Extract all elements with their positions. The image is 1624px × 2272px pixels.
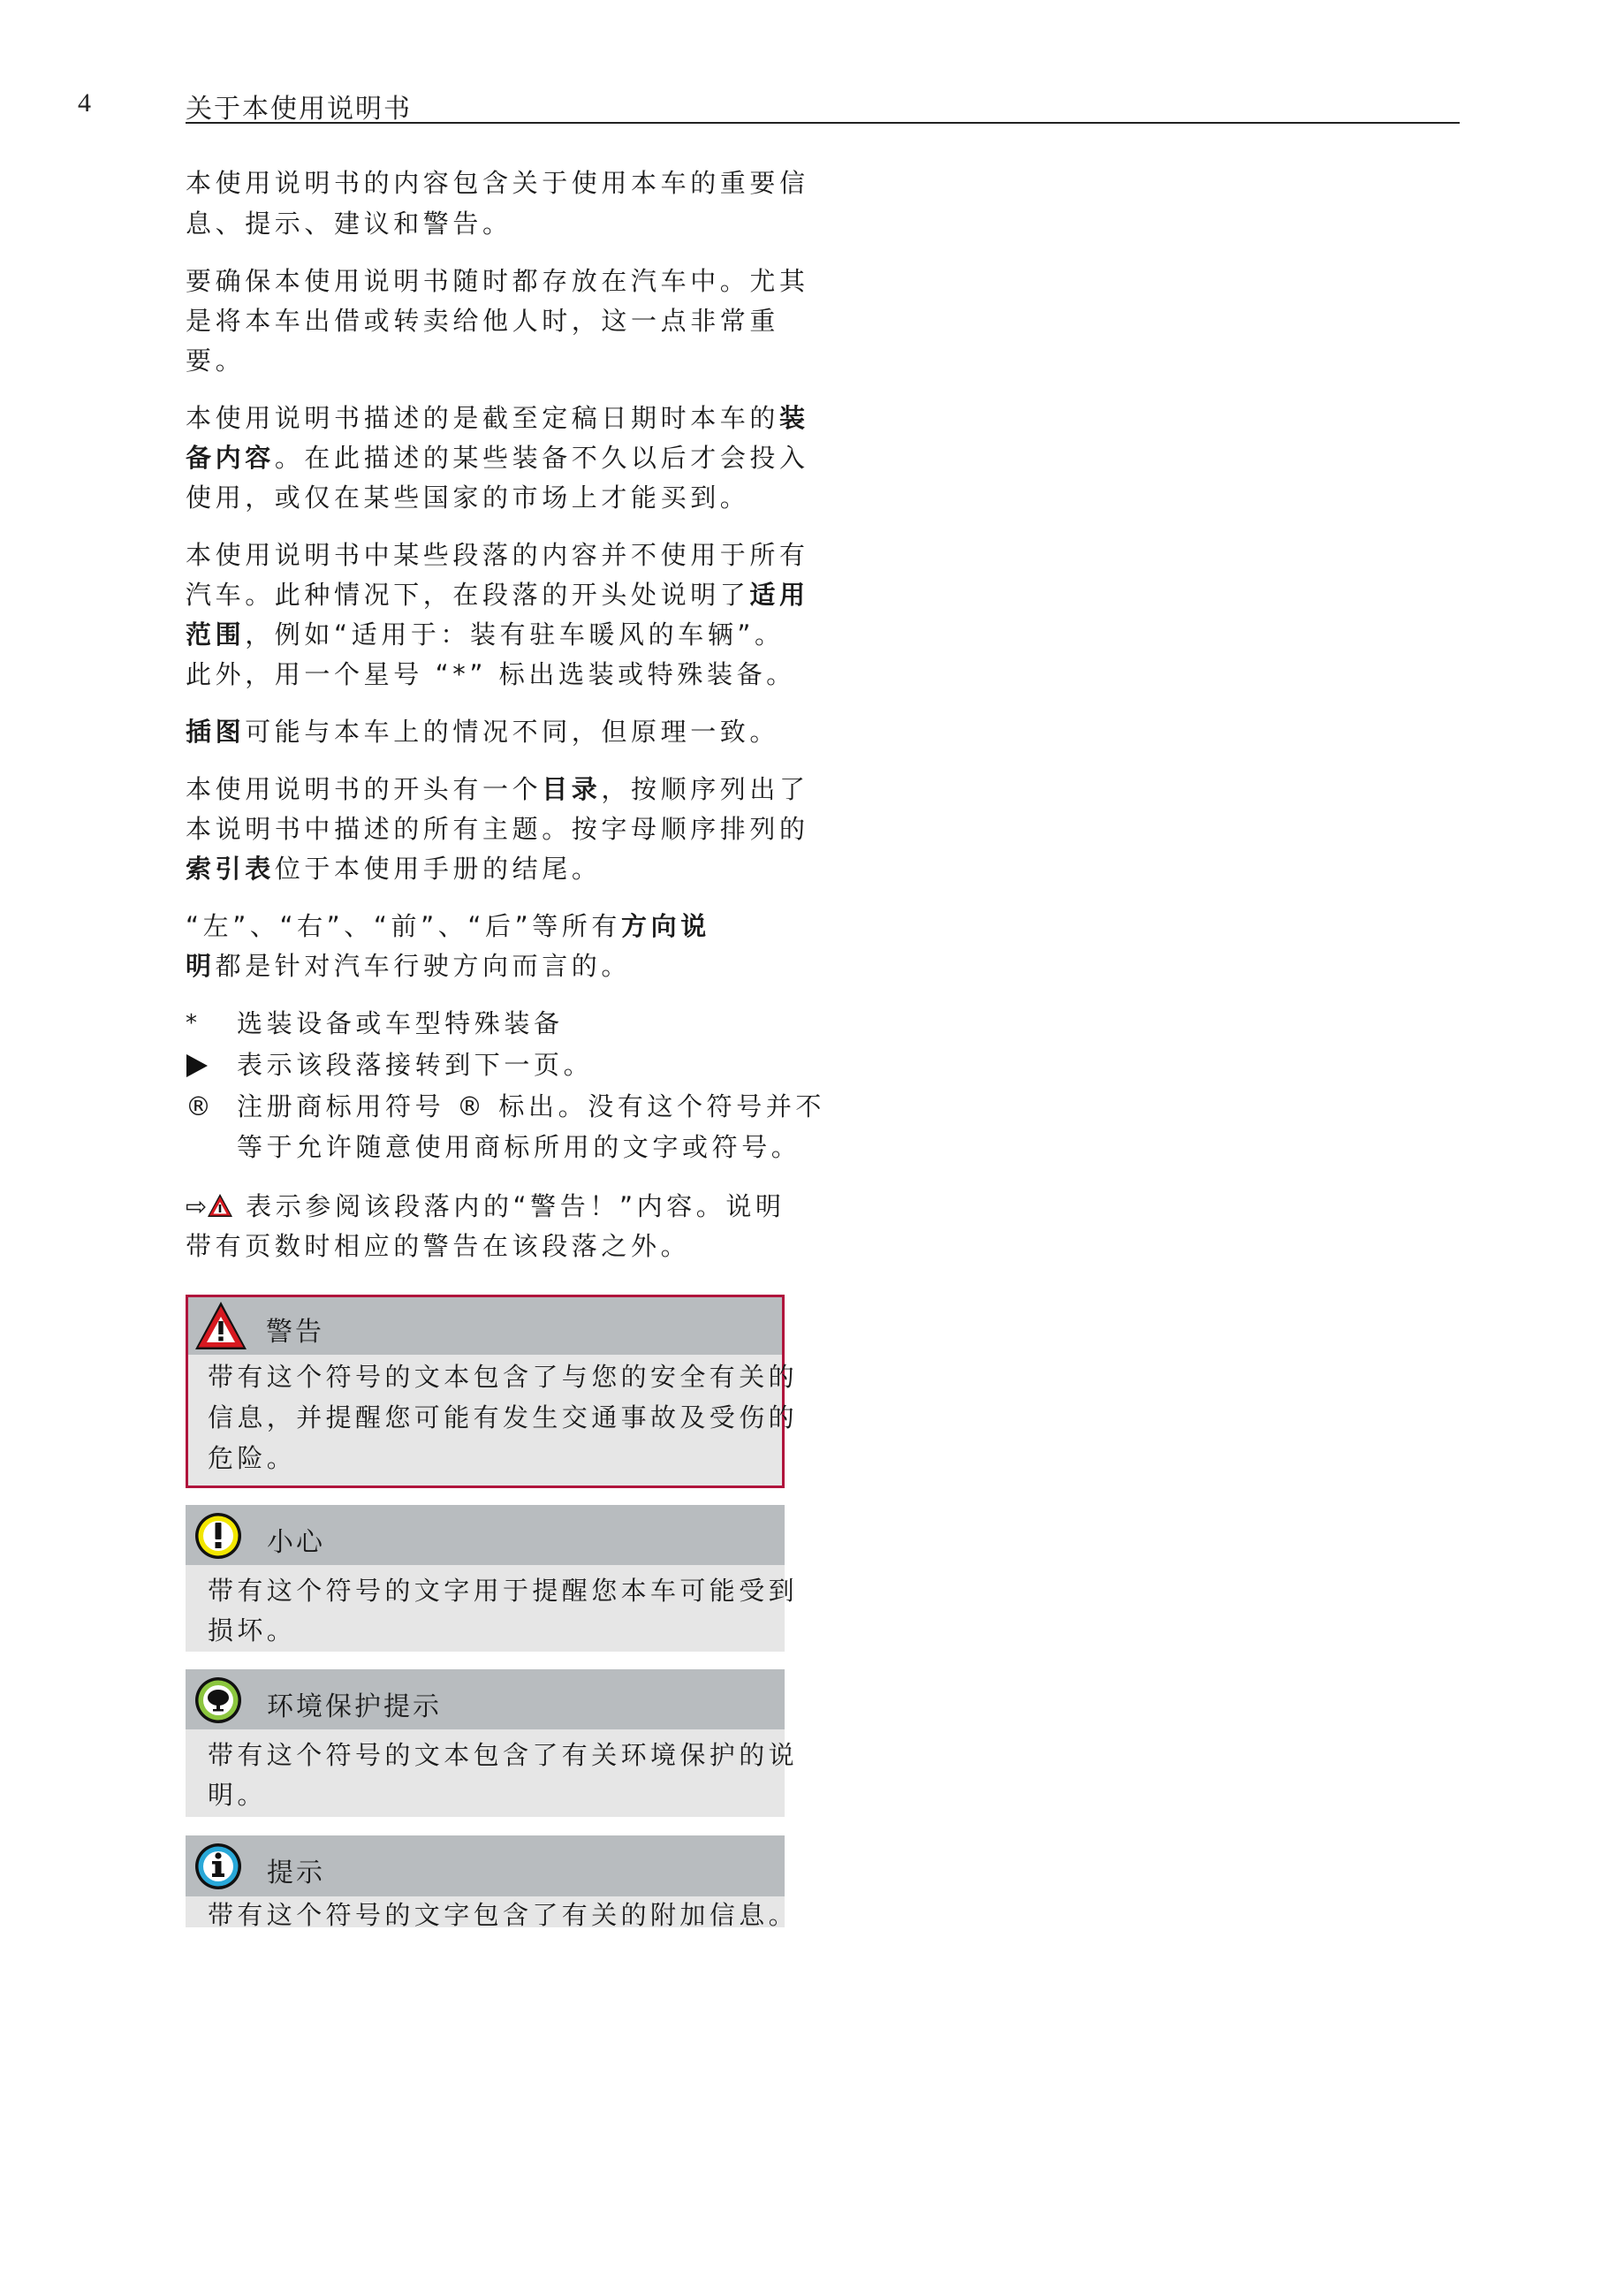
text-run: ，按顺序列出了 — [601, 774, 808, 804]
paragraph-line: 本使用说明书的内容包含关于使用本车的重要信 — [186, 165, 809, 201]
bold-term: 索引表 — [186, 854, 275, 884]
warning-triangle-icon — [207, 1191, 233, 1216]
text-run: 本使用说明书中某些段落的内容并不使用于所有 — [186, 540, 809, 570]
text-run: 要。 — [186, 346, 245, 376]
notice-text: 损坏。 — [208, 1613, 296, 1648]
notice-header: 提示 — [186, 1835, 785, 1896]
paragraph-line: 息、提示、建议和警告。 — [186, 206, 512, 241]
notice-header: 警告 — [188, 1297, 782, 1355]
paragraph-line: 本说明书中描述的所有主题。按字母顺序排列的 — [186, 811, 809, 847]
notice-header: 小心 — [186, 1505, 785, 1565]
notice-text: 带有这个符号的文字包含了有关的附加信息。 — [208, 1897, 798, 1933]
text-run: 本使用说明书描述的是截至定稿日期时本车的 — [186, 403, 779, 433]
caution-exclamation-icon — [194, 1511, 243, 1564]
caution-notice-box: 小心 带有这个符号的文字用于提醒您本车可能受到 损坏。 — [186, 1505, 785, 1652]
notice-title: 环境保护提示 — [267, 1684, 442, 1723]
bold-term: 方向说 — [621, 911, 710, 941]
paragraph-line: 汽车。此种情况下，在段落的开头处说明了适用 — [186, 577, 809, 612]
notice-text: 带有这个符号的文字用于提醒您本车可能受到 — [208, 1573, 798, 1608]
text-run: 此外，用一个星号 “*” 标出选装或特殊装备。 — [186, 659, 796, 689]
text-run: 。在此描述的某些装备不久以后才会投入 — [275, 443, 809, 473]
notice-title: 提示 — [267, 1850, 325, 1889]
warning-reference-line: ⇨ 表示参阅该段落内的“警告！”内容。说明 — [186, 1189, 785, 1224]
text-run: 可能与本车上的情况不同，但原理一致。 — [245, 717, 779, 747]
paragraph-line: 范围，例如“适用于：装有驻车暖风的车辆”。 — [186, 617, 785, 652]
text-run: “左”、“右”、“前”、“后”等所有 — [186, 911, 621, 941]
page-number: 4 — [78, 88, 91, 118]
warning-reference-text: 表示参阅该段落内的“警告！”内容。说明 — [246, 1191, 785, 1221]
bold-term: 备内容 — [186, 443, 275, 473]
header-divider — [186, 122, 1460, 124]
asterisk-icon: * — [186, 1006, 221, 1041]
notice-title: 警告 — [266, 1310, 324, 1349]
bold-term: 范围 — [186, 619, 245, 650]
notice-text: 带有这个符号的文本包含了与您的安全有关的 — [208, 1359, 798, 1394]
text-run: 本使用说明书的开头有一个 — [186, 774, 542, 804]
registered-icon: ® — [186, 1089, 221, 1124]
text-run: 汽车。此种情况下，在段落的开头处说明了 — [186, 580, 749, 610]
page-title: 关于本使用说明书 — [186, 87, 412, 125]
warning-triangle-icon — [194, 1300, 248, 1355]
notice-title: 小心 — [267, 1520, 325, 1559]
paragraph-line: “左”、“右”、“前”、“后”等所有方向说 — [186, 908, 710, 944]
notice-text: 明。 — [208, 1777, 267, 1812]
paragraph-line: 本使用说明书描述的是截至定稿日期时本车的装 — [186, 400, 809, 436]
bold-term: 适用 — [749, 580, 808, 610]
paragraph-line: 索引表位于本使用手册的结尾。 — [186, 851, 601, 886]
notice-text: 带有这个符号的文本包含了有关环境保护的说 — [208, 1737, 798, 1773]
notice-text: 危险。 — [208, 1440, 296, 1476]
text-run: 息、提示、建议和警告。 — [186, 209, 512, 239]
paragraph-line: 本使用说明书的开头有一个目录，按顺序列出了 — [186, 771, 809, 807]
paragraph-line: 本使用说明书中某些段落的内容并不使用于所有 — [186, 537, 809, 573]
arrow-right-icon: ⇨ — [186, 1191, 207, 1221]
list-item-text: 等于允许随意使用商标所用的文字或符号。 — [237, 1129, 801, 1165]
note-notice-box: 提示 带有这个符号的文字包含了有关的附加信息。 — [186, 1835, 785, 1927]
environment-notice-box: 环境保护提示 带有这个符号的文本包含了有关环境保护的说 明。 — [186, 1669, 785, 1817]
paragraph-line: 插图可能与本车上的情况不同，但原理一致。 — [186, 714, 779, 749]
paragraph-line: 是将本车出借或转卖给他人时，这一点非常重 — [186, 303, 779, 338]
text-run: 本使用说明书的内容包含关于使用本车的重要信 — [186, 168, 809, 198]
info-icon — [194, 1842, 243, 1895]
bold-term: 装 — [779, 403, 809, 433]
list-item-text: 表示该段落接转到下一页。 — [237, 1047, 593, 1083]
paragraph-line: 此外，用一个星号 “*” 标出选装或特殊装备。 — [186, 657, 796, 692]
list-item-text: 选装设备或车型特殊装备 — [237, 1006, 564, 1041]
text-run: 本说明书中描述的所有主题。按字母顺序排列的 — [186, 814, 809, 844]
bold-term: 插图 — [186, 717, 245, 747]
triangle-right-icon — [186, 1047, 221, 1083]
text-run: ，例如“适用于：装有驻车暖风的车辆”。 — [245, 619, 784, 650]
text-run: 要确保本使用说明书随时都存放在汽车中。尤其 — [186, 266, 809, 296]
list-item-text: 注册商标用符号 ® 标出。没有这个符号并不 — [237, 1089, 825, 1124]
text-run: 是将本车出借或转卖给他人时，这一点非常重 — [186, 306, 779, 336]
paragraph-line: 备内容。在此描述的某些装备不久以后才会投入 — [186, 440, 809, 475]
paragraph-line: 要。 — [186, 343, 245, 378]
text-run: 使用，或仅在某些国家的市场上才能买到。 — [186, 483, 749, 513]
bold-term: 明 — [186, 951, 216, 981]
paragraph-line: 使用，或仅在某些国家的市场上才能买到。 — [186, 480, 749, 515]
paragraph-line: 明都是针对汽车行驶方向而言的。 — [186, 948, 631, 984]
paragraph-line: 要确保本使用说明书随时都存放在汽车中。尤其 — [186, 263, 809, 299]
environment-tree-icon — [194, 1676, 243, 1729]
bold-term: 目录 — [542, 774, 601, 804]
notice-header: 环境保护提示 — [186, 1669, 785, 1729]
warning-reference-line: 带有页数时相应的警告在该段落之外。 — [186, 1228, 690, 1264]
notice-text: 信息，并提醒您可能有发生交通事故及受伤的 — [208, 1400, 798, 1435]
warning-notice-box: 警告 带有这个符号的文本包含了与您的安全有关的 信息，并提醒您可能有发生交通事故… — [186, 1295, 785, 1488]
text-run: 位于本使用手册的结尾。 — [275, 854, 602, 884]
text-run: 都是针对汽车行驶方向而言的。 — [216, 951, 631, 981]
